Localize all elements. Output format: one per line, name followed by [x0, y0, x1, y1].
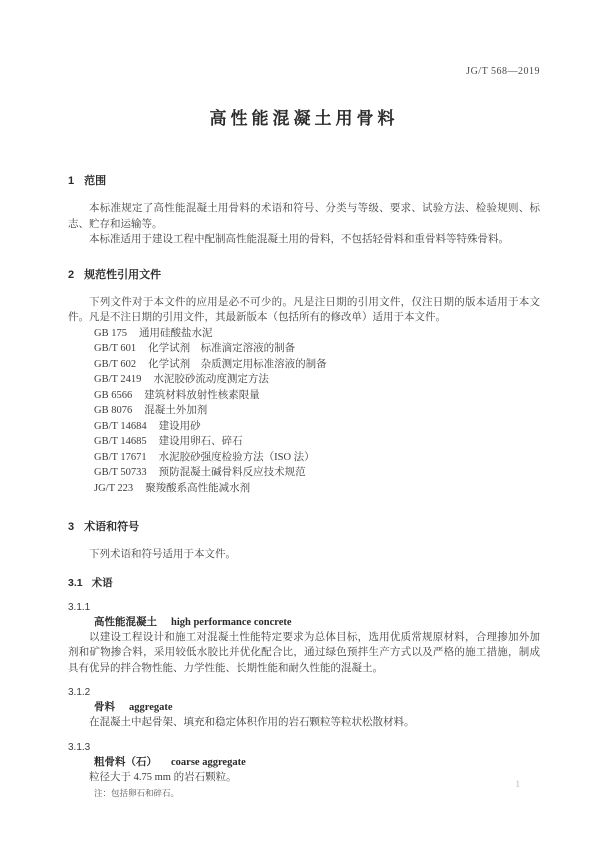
- reference-code: GB/T 17671: [94, 450, 147, 466]
- section-terms-number: 3: [68, 520, 74, 534]
- term-en: coarse aggregate: [171, 757, 246, 768]
- term-en: aggregate: [129, 702, 173, 713]
- scope-paragraph-1: 本标准规定了高性能混凝土用骨料的术语和符号、分类与等级、要求、试验方法、检验规则…: [68, 201, 540, 232]
- reference-title: 建设用卵石、碎石: [159, 436, 243, 447]
- section-references: 2规范性引用文件 下列文件对于本文件的应用是必不可少的。凡是注日期的引用文件，仅…: [68, 268, 540, 497]
- document-page: JG/T 568—2019 高性能混凝土用骨料 1范围 本标准规定了高性能混凝土…: [0, 0, 600, 849]
- term-zh: 高性能混凝土: [94, 616, 157, 628]
- reference-list: GB 175通用硅酸盐水泥 GB/T 601化学试剂 标准滴定溶液的制备 GB/…: [68, 326, 540, 497]
- reference-item: GB/T 2419水泥胶砂流动度测定方法: [94, 372, 540, 388]
- reference-title: 水泥胶砂强度检验方法（ISO 法）: [159, 452, 315, 463]
- terms-intro: 下列术语和符号适用于本文件。: [68, 547, 540, 563]
- term-entry-aggregate: 3.1.2 骨料aggregate 在混凝土中起骨架、填充和稳定体积作用的岩石颗…: [68, 685, 540, 731]
- reference-code: GB/T 2419: [94, 372, 141, 388]
- term-en: high performance concrete: [171, 617, 292, 628]
- term-entry-hpc: 3.1.1 高性能混凝土high performance concrete 以建…: [68, 600, 540, 677]
- term-note: 注：包括卵石和碎石。: [94, 787, 540, 799]
- subsection-terms-heading: 3.1术语: [68, 576, 540, 591]
- reference-item: GB/T 17671水泥胶砂强度检验方法（ISO 法）: [94, 450, 540, 466]
- reference-title: 化学试剂 杂质测定用标准溶液的制备: [148, 359, 327, 370]
- term-head: 高性能混凝土high performance concrete: [94, 615, 540, 630]
- term-definition: 在混凝土中起骨架、填充和稳定体积作用的岩石颗粒等粒状松散材料。: [68, 715, 540, 731]
- reference-item: GB/T 14684建设用砂: [94, 419, 540, 435]
- section-terms-title: 术语和符号: [84, 521, 139, 533]
- reference-code: GB/T 14684: [94, 419, 147, 435]
- subsection-terms-title: 术语: [92, 577, 113, 589]
- reference-item: GB/T 50733预防混凝土碱骨料反应技术规范: [94, 465, 540, 481]
- reference-code: JG/T 223: [94, 481, 133, 497]
- reference-code: GB/T 601: [94, 341, 136, 357]
- reference-title: 水泥胶砂流动度测定方法: [153, 374, 269, 385]
- reference-item: GB 175通用硅酸盐水泥: [94, 326, 540, 342]
- page-title: 高性能混凝土用骨料: [68, 108, 540, 130]
- references-intro: 下列文件对于本文件的应用是必不可少的。凡是注日期的引用文件，仅注日期的版本适用于…: [68, 295, 540, 326]
- reference-title: 建设用砂: [159, 421, 201, 432]
- reference-title: 化学试剂 标准滴定溶液的制备: [148, 343, 295, 354]
- term-id: 3.1.1: [68, 600, 540, 615]
- reference-title: 聚羧酸系高性能减水剂: [145, 483, 250, 494]
- term-definition: 以建设工程设计和施工对混凝土性能特定要求为总体目标，选用优质常规原材料，合理掺加…: [68, 630, 540, 677]
- doc-number: JG/T 568—2019: [68, 66, 540, 78]
- term-zh: 粗骨料（石）: [94, 756, 157, 768]
- term-definition: 粒径大于 4.75 mm 的岩石颗粒。: [68, 770, 540, 786]
- section-terms-symbols: 3术语和符号 下列术语和符号适用于本文件。 3.1术语 3.1.1 高性能混凝土…: [68, 520, 540, 799]
- reference-item: JG/T 223聚羧酸系高性能减水剂: [94, 481, 540, 497]
- reference-title: 混凝土外加剂: [144, 405, 207, 416]
- page-number: 1: [516, 779, 521, 789]
- section-references-number: 2: [68, 268, 74, 282]
- term-head: 粗骨料（石）coarse aggregate: [94, 755, 540, 770]
- reference-title: 建筑材料放射性核素限量: [144, 390, 260, 401]
- term-id: 3.1.3: [68, 740, 540, 755]
- reference-code: GB/T 50733: [94, 465, 147, 481]
- reference-code: GB 8076: [94, 403, 132, 419]
- reference-item: GB/T 602化学试剂 杂质测定用标准溶液的制备: [94, 357, 540, 373]
- reference-item: GB/T 601化学试剂 标准滴定溶液的制备: [94, 341, 540, 357]
- section-scope-heading: 1范围: [68, 174, 540, 188]
- reference-item: GB/T 14685建设用卵石、碎石: [94, 434, 540, 450]
- section-scope-title: 范围: [84, 175, 106, 187]
- section-scope: 1范围 本标准规定了高性能混凝土用骨料的术语和符号、分类与等级、要求、试验方法、…: [68, 174, 540, 248]
- reference-item: GB 6566建筑材料放射性核素限量: [94, 388, 540, 404]
- term-entry-coarse-aggregate: 3.1.3 粗骨料（石）coarse aggregate 粒径大于 4.75 m…: [68, 740, 540, 800]
- section-scope-number: 1: [68, 174, 74, 188]
- reference-title: 预防混凝土碱骨料反应技术规范: [159, 467, 306, 478]
- term-zh: 骨料: [94, 701, 115, 713]
- scope-paragraph-2: 本标准适用于建设工程中配制高性能混凝土用的骨料，不包括轻骨料和重骨料等特殊骨料。: [68, 232, 540, 248]
- section-terms-heading: 3术语和符号: [68, 520, 540, 534]
- section-references-heading: 2规范性引用文件: [68, 268, 540, 282]
- reference-title: 通用硅酸盐水泥: [139, 328, 213, 339]
- subsection-terms-number: 3.1: [68, 576, 83, 591]
- term-head: 骨料aggregate: [94, 700, 540, 715]
- reference-code: GB/T 14685: [94, 434, 147, 450]
- reference-code: GB 6566: [94, 388, 132, 404]
- reference-code: GB 175: [94, 326, 127, 342]
- term-id: 3.1.2: [68, 685, 540, 700]
- reference-item: GB 8076混凝土外加剂: [94, 403, 540, 419]
- reference-code: GB/T 602: [94, 357, 136, 373]
- section-references-title: 规范性引用文件: [84, 269, 161, 281]
